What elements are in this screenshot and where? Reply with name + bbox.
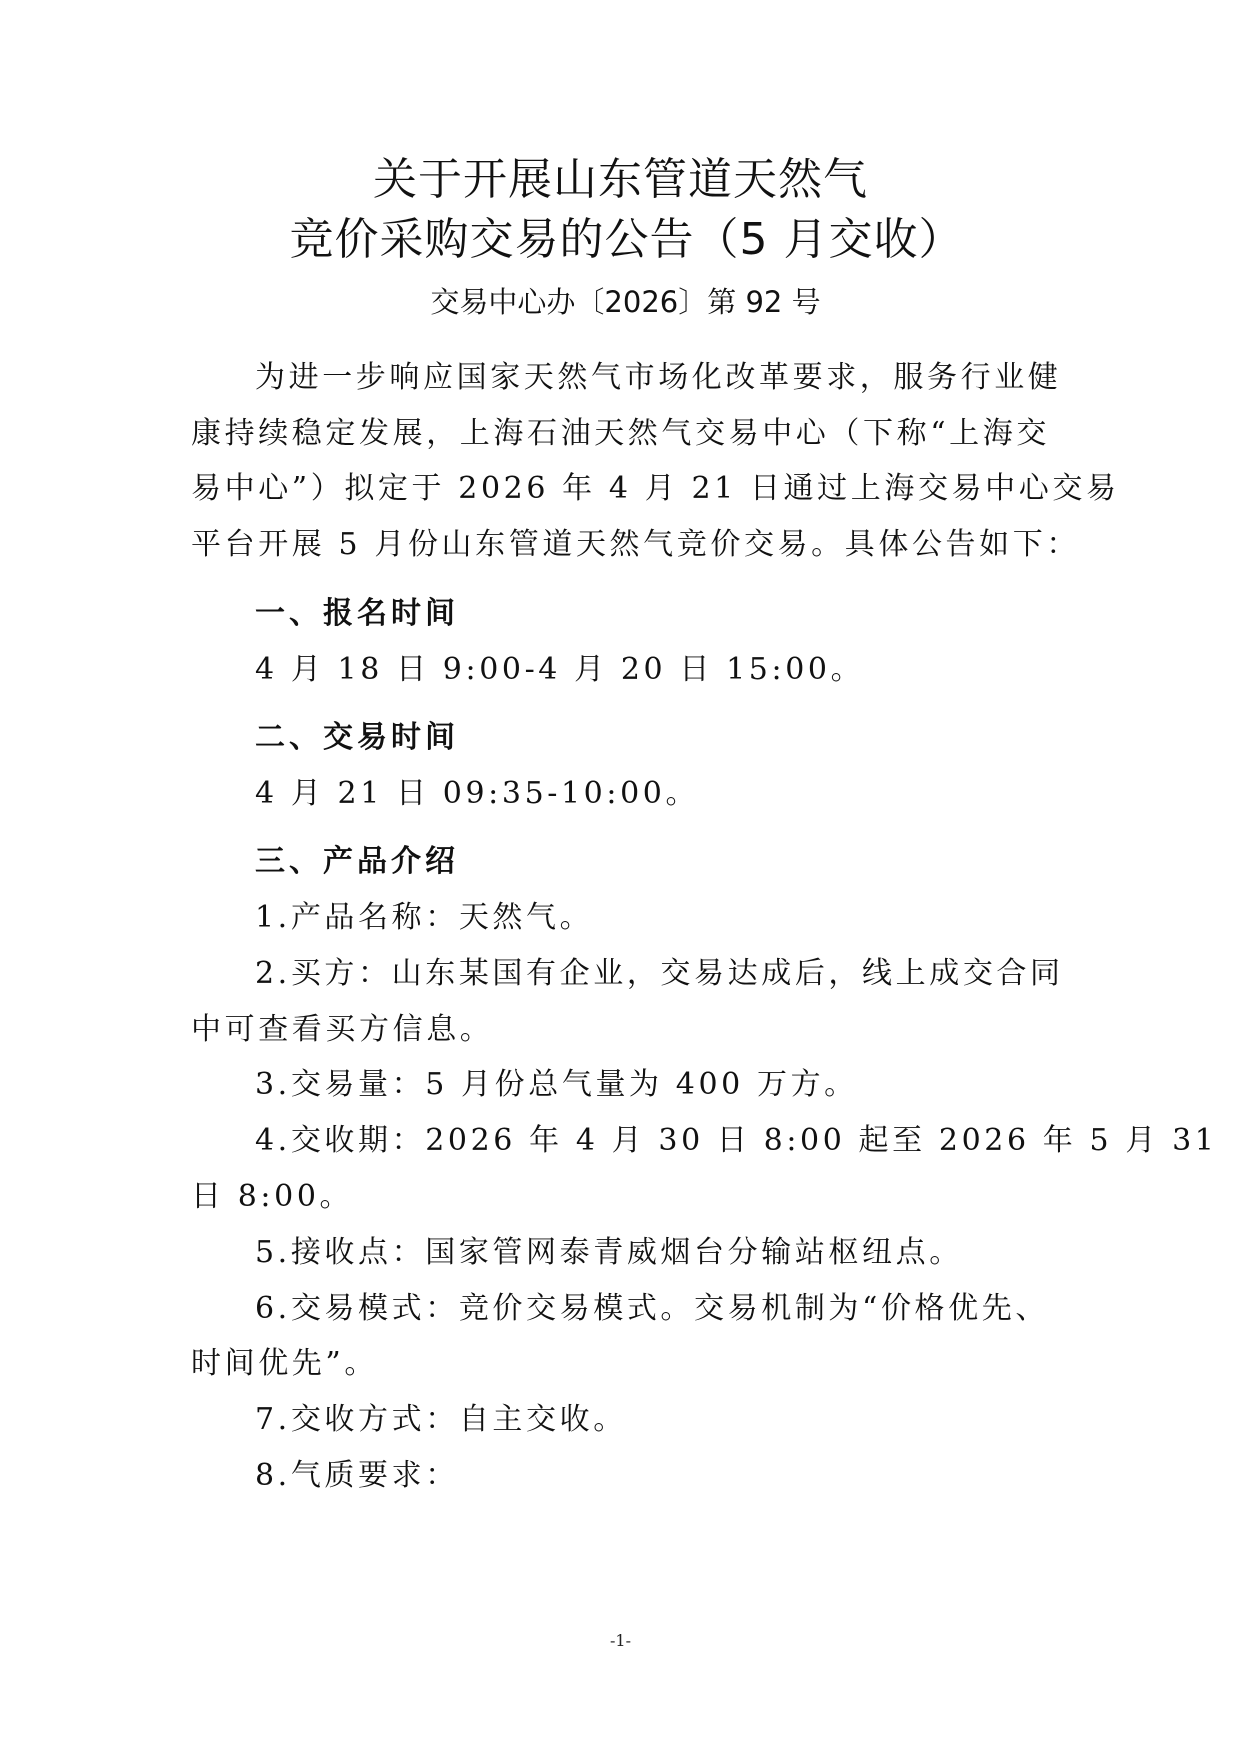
document-title-line-1: 关于开展山东管道天然气 [0, 152, 1241, 208]
document-number: 交易中心办〔2026〕第 92 号 [0, 282, 1241, 322]
section-heading-registration-time: 一、报名时间 [255, 594, 459, 634]
product-item-5: 5.接收点：国家管网泰青威烟台分输站枢纽点。 [255, 1233, 963, 1273]
document-page: 关于开展山东管道天然气 竞价采购交易的公告（5 月交收） 交易中心办〔2026〕… [0, 0, 1241, 1754]
registration-time-value: 4 月 18 日 9:00-4 月 20 日 15:00。 [255, 650, 864, 690]
product-item-6-cont: 时间优先”。 [191, 1344, 378, 1384]
product-item-4-cont: 日 8:00。 [191, 1177, 353, 1217]
section-heading-trading-time: 二、交易时间 [255, 718, 459, 758]
product-item-7: 7.交收方式：自主交收。 [255, 1400, 627, 1440]
product-item-2-cont: 中可查看买方信息。 [191, 1010, 493, 1050]
product-item-1: 1.产品名称：天然气。 [255, 898, 593, 938]
intro-line: 康持续稳定发展，上海石油天然气交易中心（下称“上海交 [191, 414, 1050, 454]
intro-line: 平台开展 5 月份山东管道天然气竞价交易。具体公告如下： [191, 525, 1080, 565]
page-number: -1- [0, 1631, 1241, 1650]
product-item-3: 3.交易量：5 月份总气量为 400 万方。 [255, 1065, 858, 1105]
section-heading-product-intro: 三、产品介绍 [255, 842, 459, 882]
document-title-line-2: 竞价采购交易的公告（5 月交收） [6, 212, 1241, 268]
product-item-4: 4.交收期：2026 年 4 月 30 日 8:00 起至 2026 年 5 月… [255, 1121, 1217, 1161]
intro-line: 为进一步响应国家天然气市场化改革要求，服务行业健 [255, 358, 1061, 398]
trading-time-value: 4 月 21 日 09:35-10:00。 [255, 774, 699, 814]
product-item-8: 8.气质要求： [255, 1456, 459, 1496]
product-item-2: 2.买方：山东某国有企业，交易达成后，线上成交合同 [255, 954, 1064, 994]
intro-line: 易中心”）拟定于 2026 年 4 月 21 日通过上海交易中心交易 [191, 469, 1120, 509]
product-item-6: 6.交易模式：竞价交易模式。交易机制为“价格优先、 [255, 1289, 1049, 1329]
